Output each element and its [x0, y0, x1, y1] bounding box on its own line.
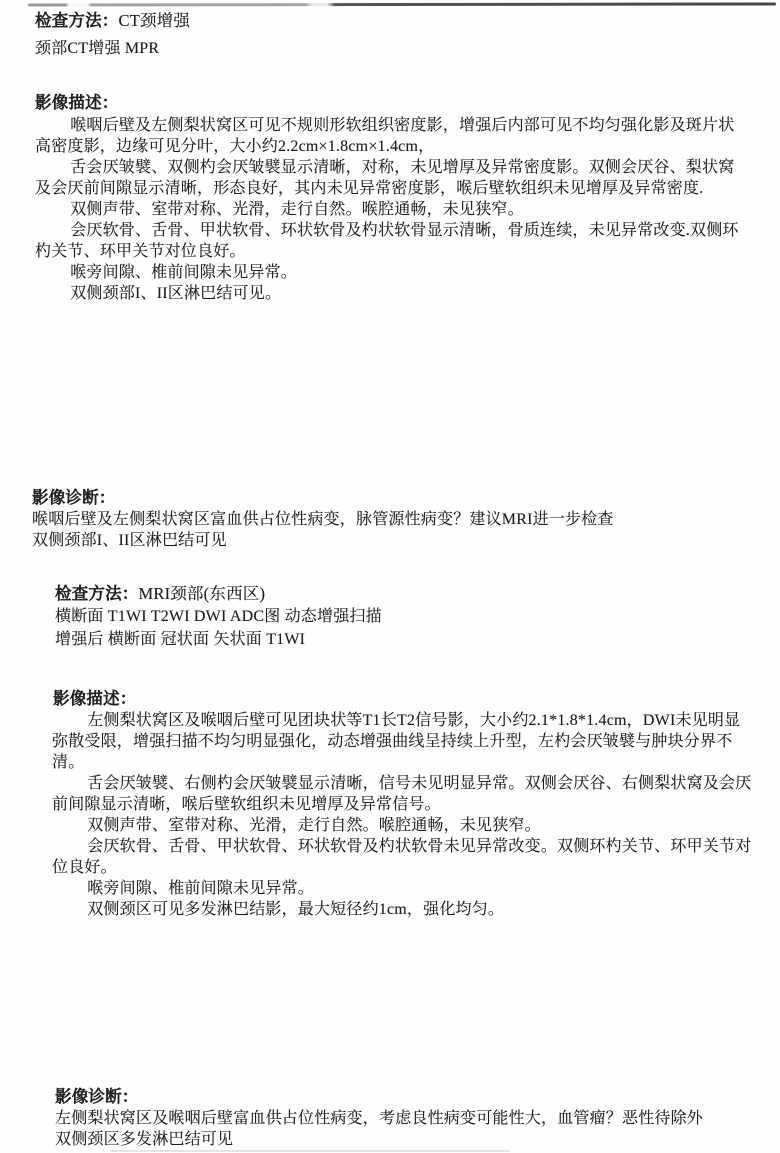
- ct-description-paragraph: 双侧颈部I、II区淋巴结可见。: [35, 283, 749, 304]
- mri-method-value: MRI颈部(东西区): [139, 584, 266, 603]
- ct-description-paragraph: 喉咽后壁及左侧梨状窝区可见不规则形软组织密度影，增强后内部可见不均匀强化影及斑片…: [35, 115, 749, 157]
- mri-diagnosis-body: 左侧梨状窝区及喉咽后壁富血供占位性病变，考虑良性病变可能性大，血管瘤？恶性待除外…: [55, 1108, 759, 1150]
- ct-description-header: 影像描述：: [35, 92, 749, 113]
- mri-description-paragraph: 舌会厌皱襞、右侧杓会厌皱襞显示清晰，信号未见明显异常。双侧会厌谷、右侧梨状窝及会…: [52, 773, 756, 815]
- mri-method-label: 检查方法：: [55, 584, 139, 603]
- ct-description-paragraph: 会厌软骨、舌骨、甲状软骨、环状软骨及杓状软骨显示清晰，骨质连续，未见异常改变.双…: [35, 220, 749, 262]
- ct-description-body: 喉咽后壁及左侧梨状窝区可见不规则形软组织密度影，增强后内部可见不均匀强化影及斑片…: [35, 115, 749, 304]
- mri-description-paragraph: 左侧梨状窝区及喉咽后壁可见团块状等T1长T2信号影，大小约2.1*1.8*1.4…: [52, 710, 756, 773]
- ct-technique-line: 颈部CT增强 MPR: [35, 38, 749, 60]
- mri-description-paragraph: 双侧颈区可见多发淋巴结影，最大短径约1cm，强化均匀。: [52, 899, 756, 920]
- mri-description-header: 影像描述：: [53, 688, 137, 709]
- mri-description-paragraph: 双侧声带、室带对称、光滑，走行自然。喉腔通畅，未见狭窄。: [52, 815, 756, 836]
- mri-method-line: 检查方法：MRI颈部(东西区): [55, 583, 755, 605]
- ct-diagnosis-body: 喉咽后壁及左侧梨状窝区富血供占位性病变，脉管源性病变？建议MRI进一步检查 双侧…: [32, 509, 764, 551]
- ct-method-label: 检查方法：: [35, 11, 119, 30]
- mri-method-section: 检查方法：MRI颈部(东西区) 横断面 T1WI T2WI DWI ADC图 动…: [55, 583, 755, 651]
- ct-method-line: 检查方法：CT颈增强: [35, 10, 749, 32]
- ct-description-paragraph: 舌会厌皱襞、双侧杓会厌皱襞显示清晰，对称，未见增厚及异常密度影。双侧会厌谷、梨状…: [35, 157, 749, 199]
- ct-report-section: 检查方法：CT颈增强 颈部CT增强 MPR 影像描述： 喉咽后壁及左侧梨状窝区可…: [35, 10, 749, 304]
- ct-diagnosis-header: 影像诊断：: [32, 487, 764, 508]
- mri-diagnosis-line: 双侧颈区多发淋巴结可见: [55, 1129, 759, 1150]
- mri-description-paragraph: 会厌软骨、舌骨、甲状软骨、环状软骨及杓状软骨未见异常改变。双侧环杓关节、环甲关节…: [52, 836, 756, 878]
- mri-diagnosis-section: 影像诊断： 左侧梨状窝区及喉咽后壁富血供占位性病变，考虑良性病变可能性大，血管瘤…: [55, 1086, 759, 1150]
- ct-diagnosis-line: 喉咽后壁及左侧梨状窝区富血供占位性病变，脉管源性病变？建议MRI进一步检查: [32, 509, 764, 530]
- mri-diagnosis-line: 左侧梨状窝区及喉咽后壁富血供占位性病变，考虑良性病变可能性大，血管瘤？恶性待除外: [55, 1108, 759, 1129]
- scan-artifact-top-line: [28, 2, 776, 6]
- ct-method-value: CT颈增强: [119, 11, 191, 30]
- mri-sequence-line-1: 横断面 T1WI T2WI DWI ADC图 动态增强扫描: [55, 606, 755, 629]
- ct-diagnosis-line: 双侧颈部I、II区淋巴结可见: [32, 530, 764, 551]
- scan-artifact-bottom-line: [110, 1150, 510, 1152]
- mri-sequence-line-2: 增强后 横断面 冠状面 矢状面 T1WI: [55, 629, 755, 652]
- ct-diagnosis-section: 影像诊断： 喉咽后壁及左侧梨状窝区富血供占位性病变，脉管源性病变？建议MRI进一…: [32, 487, 764, 551]
- mri-description-paragraph: 喉旁间隙、椎前间隙未见异常。: [52, 878, 756, 899]
- mri-diagnosis-header: 影像诊断：: [55, 1086, 759, 1107]
- ct-description-paragraph: 双侧声带、室带对称、光滑，走行自然。喉腔通畅，未见狭窄。: [35, 199, 749, 220]
- mri-description-body: 左侧梨状窝区及喉咽后壁可见团块状等T1长T2信号影，大小约2.1*1.8*1.4…: [52, 710, 756, 920]
- medical-report-document: 检查方法：CT颈增强 颈部CT增强 MPR 影像描述： 喉咽后壁及左侧梨状窝区可…: [0, 0, 780, 1153]
- ct-description-paragraph: 喉旁间隙、椎前间隙未见异常。: [35, 262, 749, 283]
